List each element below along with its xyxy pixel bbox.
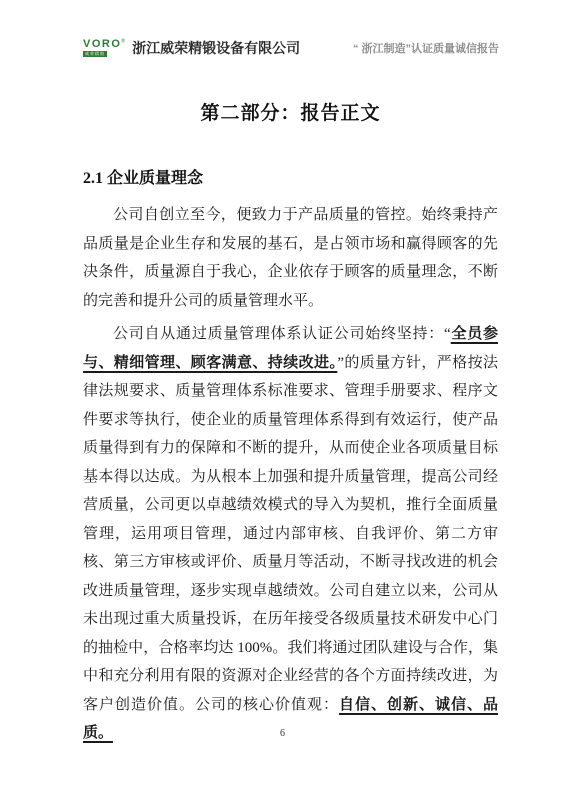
text-segment: 公司自从通过质量管理体系认证公司始终坚持：“ xyxy=(113,326,451,342)
page-header: VORO® 威荣精锻 浙江威荣精锻设备有限公司 “ 浙江制造”认证质量诚信报告 xyxy=(83,38,499,58)
logo-brand-text: VORO® xyxy=(83,39,125,50)
company-logo: VORO® 威荣精锻 xyxy=(83,39,125,57)
part-title: 第二部分：报告正文 xyxy=(83,98,498,125)
registered-trademark-icon: ® xyxy=(121,38,125,44)
text-segment: ”的质量方针，严格按法律法规要求、质量管理体系标准要求、管理手册要求、程序文件要… xyxy=(83,355,498,713)
header-report-title: “ 浙江制造”认证质量诚信报告 xyxy=(353,40,499,56)
logo-brand-name: VORO xyxy=(83,38,121,50)
logo-tagline: 威荣精锻 xyxy=(83,51,107,57)
paragraph-quality-policy: 公司自从通过质量管理体系认证公司始终坚持：“全员参与、精细管理、顾客满意、持续改… xyxy=(83,320,498,748)
page-number: 6 xyxy=(280,728,285,739)
paragraph-quality-philosophy: 公司自创立至今，便致力于产品质量的管控。始终秉持产品质量是企业生存和发展的基石，… xyxy=(83,201,498,315)
document-body: 第二部分：报告正文 2.1 企业质量理念 公司自创立至今，便致力于产品质量的管控… xyxy=(83,98,498,753)
section-heading: 2.1 企业质量理念 xyxy=(83,165,498,188)
document-page: VORO® 威荣精锻 浙江威荣精锻设备有限公司 “ 浙江制造”认证质量诚信报告 … xyxy=(0,0,565,800)
company-name: 浙江威荣精锻设备有限公司 xyxy=(132,38,300,58)
header-left-group: VORO® 威荣精锻 浙江威荣精锻设备有限公司 xyxy=(83,38,300,58)
text-segment: 公司自创立至今，便致力于产品质量的管控。始终秉持产品质量是企业生存和发展的基石，… xyxy=(83,207,498,309)
page-footer: 6 xyxy=(0,728,565,739)
